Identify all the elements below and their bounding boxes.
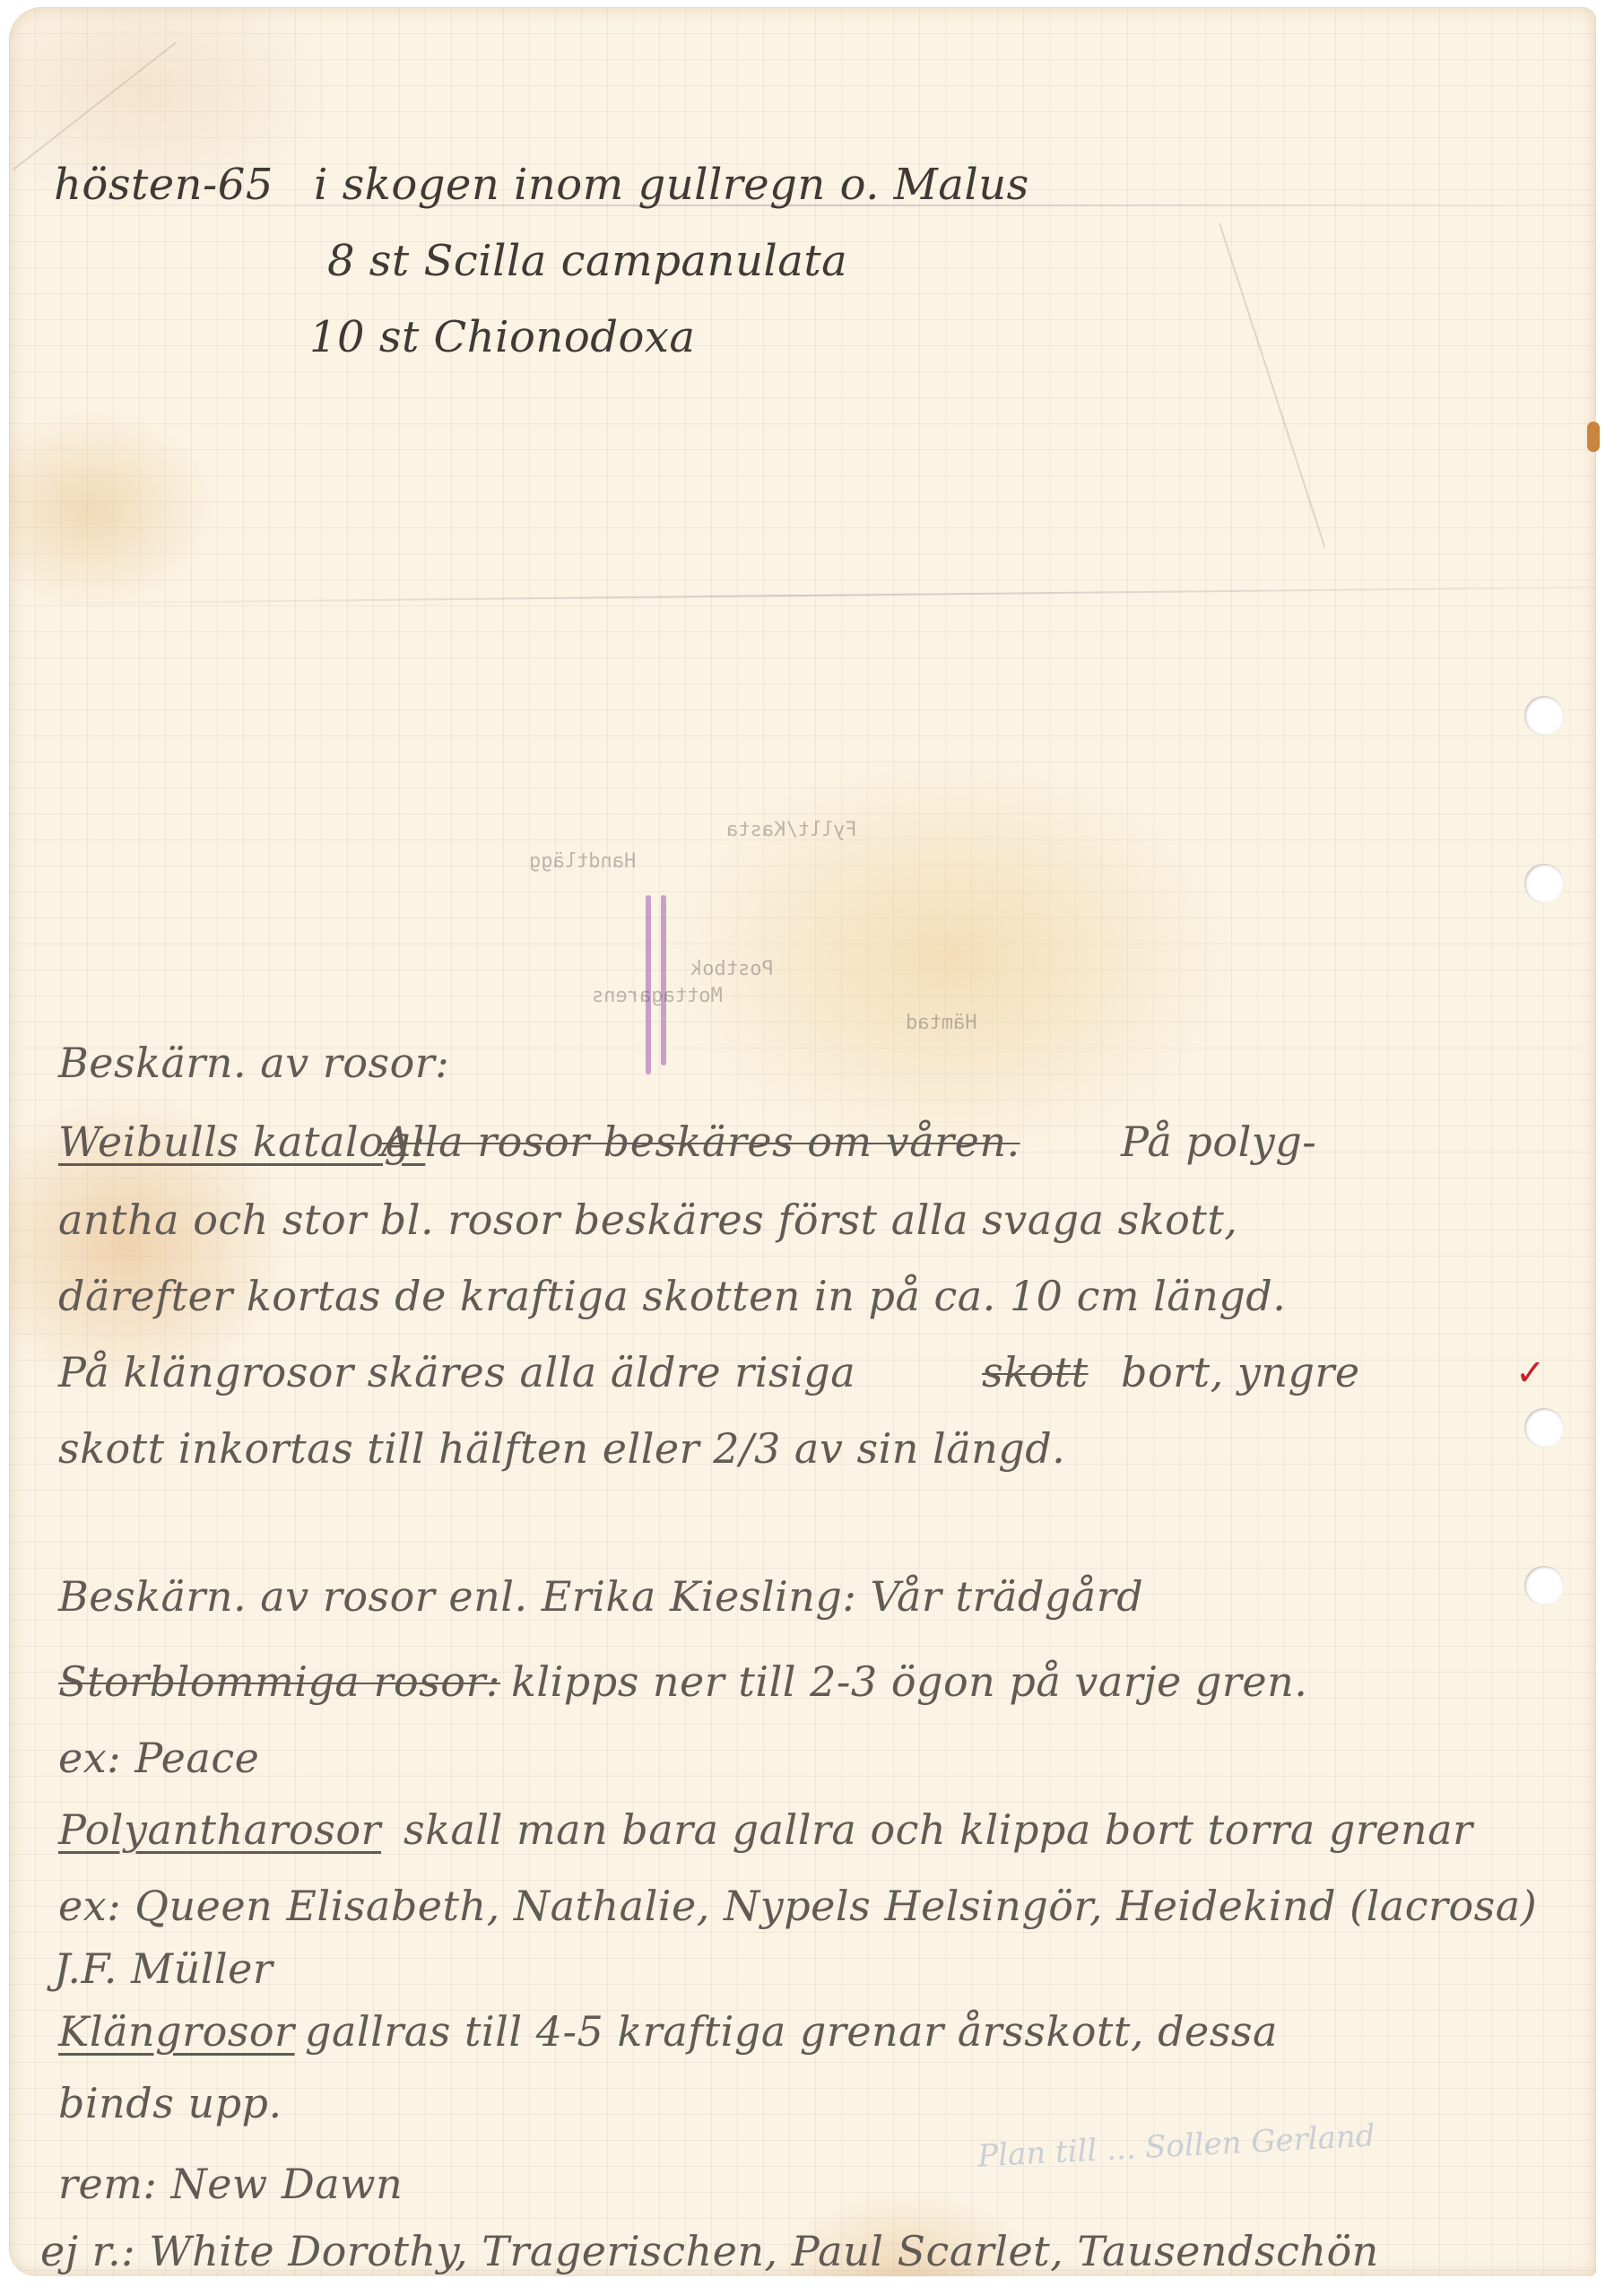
- faint-stamp-text: Handtlägg: [529, 850, 636, 873]
- header-line: 10 st Chionodoxa: [309, 312, 696, 362]
- punch-hole: [1524, 1408, 1564, 1448]
- date-label: hösten-65: [54, 160, 273, 210]
- fold-crease: [9, 587, 1596, 605]
- faint-stamp-text: Postbok: [690, 958, 774, 980]
- body-line: gallras till 4-5 kraftiga grenar årsskot…: [305, 2007, 1278, 2056]
- red-check-mark: ✓: [1515, 1352, 1546, 1394]
- header-line: i skogen inom gullregn o. Malus: [314, 160, 1029, 210]
- example-line: ex: Queen Elisabeth, Nathalie, Nypels He…: [58, 1882, 1537, 1930]
- source-label: Weibulls katalog:: [58, 1118, 425, 1166]
- body-line: bort, yngre: [1121, 1348, 1360, 1396]
- scanned-paper: ✓ Fyllt/Kasta Handtlägg Mottagarens Post…: [9, 7, 1596, 2276]
- section-title: Beskärn. av rosor enl. Erika Kiesling: V…: [58, 1572, 1143, 1621]
- purple-ink-line: [661, 895, 666, 1065]
- body-line: antha och stor bl. rosor beskäres först …: [58, 1196, 1237, 1244]
- body-line: skott inkortas till hälften eller 2/3 av…: [58, 1424, 1065, 1473]
- fold-crease: [1219, 223, 1325, 548]
- header-line: 8 st Scilla campanulata: [327, 236, 847, 286]
- punch-hole: [1524, 864, 1564, 903]
- body-line: skall man bara gallra och klippa bort to…: [404, 1805, 1473, 1854]
- rust-spot: [1587, 422, 1600, 452]
- faint-stamp-text: Hämtad: [906, 1012, 976, 1034]
- struck-text: Alla rosor beskäres om våren.: [381, 1118, 1020, 1166]
- section-title: Beskärn. av rosor:: [58, 1039, 449, 1087]
- faint-stamp-text: Fyllt/Kasta: [726, 819, 857, 841]
- subheading: Polyantharosor: [58, 1805, 381, 1854]
- subheading: Storblommiga rosor:: [58, 1657, 500, 1706]
- faint-blue-note: Plan till ... Sollen Gerland: [976, 2118, 1376, 2174]
- body-line: På klängrosor skäres alla äldre risiga: [58, 1348, 855, 1396]
- subheading: Klängrosor: [58, 2007, 295, 2056]
- body-line: därefter kortas de kraftiga skotten in p…: [58, 1272, 1286, 1320]
- struck-text: skott: [982, 1348, 1089, 1396]
- punch-hole: [1524, 696, 1564, 735]
- example-line: ex: Peace: [58, 1734, 259, 1782]
- example-line: J.F. Müller: [54, 1944, 273, 1993]
- body-line: binds upp.: [58, 2079, 282, 2127]
- fold-crease: [13, 42, 176, 170]
- example-line: ej r.: White Dorothy, Tragerischen, Paul…: [40, 2227, 1379, 2275]
- faint-stamp-text: Mottagarens: [592, 985, 723, 1007]
- body-line: På polyg-: [1121, 1118, 1316, 1166]
- punch-hole: [1524, 1566, 1564, 1605]
- example-line: rem: New Dawn: [58, 2160, 403, 2208]
- body-line: klipps ner till 2-3 ögon på varje gren.: [511, 1657, 1307, 1706]
